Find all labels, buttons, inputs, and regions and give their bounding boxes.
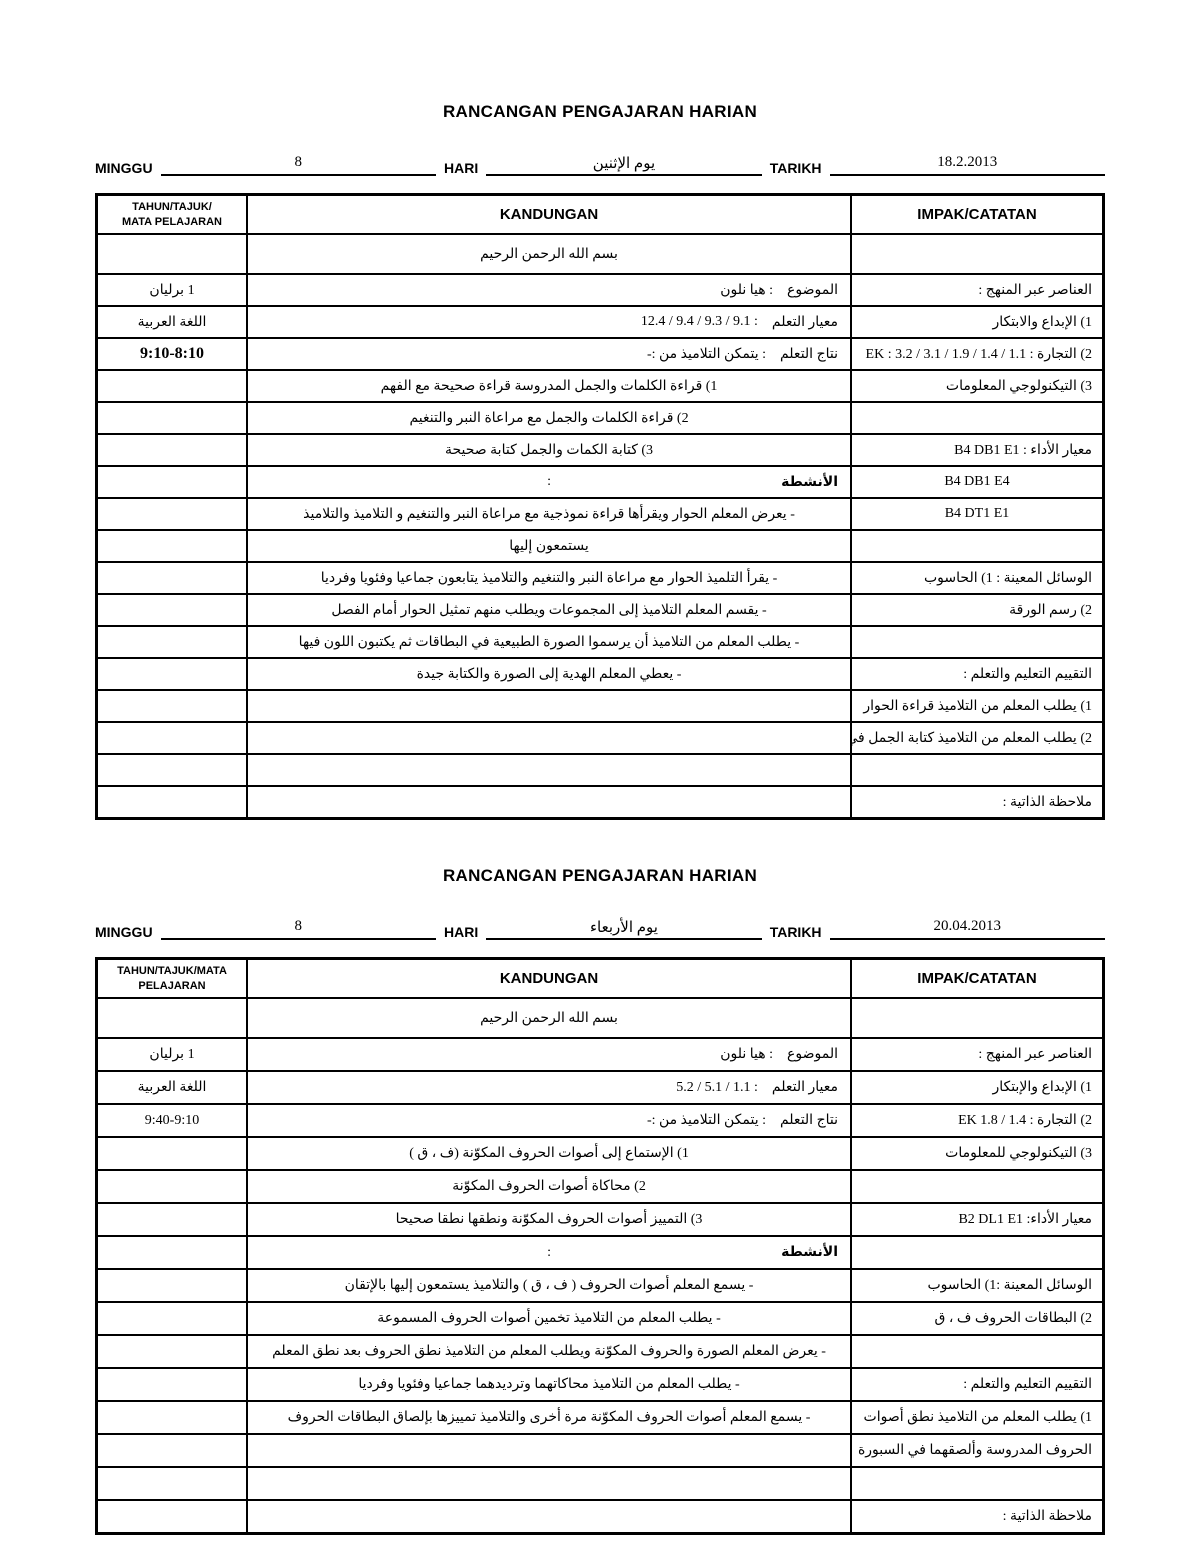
cell-tahun-tajuk [98,1303,246,1334]
table-row: 1 برليانالموضوع: هيا نلونالعناصر عبر الم… [98,275,1102,307]
activities-colon: : [547,474,551,490]
cell-kandungan: معيار التعلم: 1.1 / 5.1 / 5.2 [246,1072,852,1103]
cell-impak-catatan: 2) التجارة : 1.4 / 1.8 EK [852,1105,1102,1136]
cell-kandungan: نتاج التعلم: يتمكن التلاميذ من :- [246,1105,852,1136]
cell-tahun-tajuk [98,999,246,1037]
table-row: - يعرض المعلم الحوار ويقرأها قراءة نموذج… [98,499,1102,531]
cell-tahun-tajuk [98,499,246,529]
cell-impak-catatan: التقييم التعليم والتعلم : [852,659,1102,689]
table-row: 3) كتابة الكمات والجمل كتابة صحيحةمعيار … [98,435,1102,467]
row-value: : يتمكن التلاميذ من :- [647,1112,766,1129]
cell-impak-catatan: العناصر عبر المنهج : [852,1039,1102,1070]
table-row [98,755,1102,787]
cell-tahun-tajuk [98,531,246,561]
lesson-table-1: TAHUN/TAJUK/ MATA PELAJARAN KANDUNGAN IM… [95,193,1105,820]
table-row: - يسمع المعلم أصوات الحروف المكوّنة مرة … [98,1402,1102,1435]
cell-impak-catatan: 1) الإبداع والإبتكار [852,1072,1102,1103]
row-label: الموضوع [787,1046,838,1063]
table-row: بسم الله الرحمن الرحيم [98,235,1102,275]
header-kandungan: KANDUNGAN [246,196,852,233]
cell-kandungan: - يعرض المعلم الصورة والحروف المكوّنة وي… [246,1336,852,1367]
document-title-1: RANCANGAN PENGAJARAN HARIAN [95,0,1105,122]
table-row: - يعطي المعلم الهدية إلى الصورة والكتابة… [98,659,1102,691]
tarikh-value: 20.04.2013 [934,918,1002,934]
table-row: ملاحظة الذاتية : [98,787,1102,817]
table-row: - يسمع المعلم أصوات الحروف ( ف ، ق ) وال… [98,1270,1102,1303]
cell-impak-catatan: 2) يطلب المعلم من التلاميذ كتابة الجمل ف… [852,723,1102,753]
hari-label: HARI [444,160,478,176]
cell-tahun-tajuk: اللغة العربية [98,307,246,337]
cell-kandungan: 2) محاكاة أصوات الحروف المكوّنة [246,1171,852,1202]
cell-impak-catatan [852,999,1102,1037]
cell-kandungan: - يطلب المعلم من التلاميذ تخمين أصوات ال… [246,1303,852,1334]
cell-kandungan: الموضوع: هيا نلون [246,1039,852,1070]
cell-impak-catatan: الوسائل المعينة :1) الحاسوب [852,1270,1102,1301]
cell-kandungan: - يقسم المعلم التلاميذ إلى المجموعات ويط… [246,595,852,625]
cell-impak-catatan: ملاحظة الذاتية : [852,1501,1102,1532]
header-kandungan: KANDUNGAN [246,960,852,997]
row-label: نتاج التعلم [780,346,838,363]
cell-kandungan: بسم الله الرحمن الرحيم [246,235,852,273]
tarikh-value-line: 18.2.2013 [830,154,1105,176]
document-title-2: RANCANGAN PENGAJARAN HARIAN [95,820,1105,886]
cell-impak-catatan [852,235,1102,273]
cell-kandungan: 1) الإستماع إلى أصوات الحروف المكوّنة (ف… [246,1138,852,1169]
cell-impak-catatan: الحروف المدروسة وألصقهما في السبورة [852,1435,1102,1466]
cell-impak-catatan: 1) الإبداع والابتكار [852,307,1102,337]
table-row: الحروف المدروسة وألصقهما في السبورة [98,1435,1102,1468]
cell-impak-catatan: التقييم التعليم والتعلم : [852,1369,1102,1400]
scanned-lesson-plan-page: RANCANGAN PENGAJARAN HARIAN MINGGU 8 HAR… [0,0,1200,1553]
cell-tahun-tajuk [98,403,246,433]
cell-kandungan: 2) قراءة الكلمات والجمل مع مراعاة النبر … [246,403,852,433]
cell-impak-catatan [852,1237,1102,1268]
cell-kandungan: معيار التعلم: 9.1 / 9.3 / 9.4 / 12.4 [246,307,852,337]
cell-impak-catatan [852,755,1102,785]
cell-kandungan: 3) التمييز أصوات الحروف المكوّنة ونطقها … [246,1204,852,1235]
table-row: - يعرض المعلم الصورة والحروف المكوّنة وي… [98,1336,1102,1369]
cell-tahun-tajuk [98,691,246,721]
cell-tahun-tajuk [98,1468,246,1499]
table-row: 3) التمييز أصوات الحروف المكوّنة ونطقها … [98,1204,1102,1237]
cell-tahun-tajuk [98,563,246,593]
cell-impak-catatan: 1) يطلب المعلم من التلاميذ نطق أصوات [852,1402,1102,1433]
cell-tahun-tajuk: 9:40-9:10 [98,1105,246,1136]
activities-label: الأنشطة [781,474,838,491]
row-label: نتاج التعلم [780,1112,838,1129]
table-row: 2) محاكاة أصوات الحروف المكوّنة [98,1171,1102,1204]
table-body-2: بسم الله الرحمن الرحيم1 برليانالموضوع: ه… [98,999,1102,1532]
cell-impak-catatan [852,1336,1102,1367]
lesson-plan-2: RANCANGAN PENGAJARAN HARIAN MINGGU 8 HAR… [95,820,1105,1535]
minggu-label: MINGGU [95,160,153,176]
cell-kandungan [246,1468,852,1499]
header-impak: IMPAK/CATATAN [852,196,1102,233]
table-row: 9:10-8:10نتاج التعلم: يتمكن التلاميذ من … [98,339,1102,371]
cell-tahun-tajuk [98,1435,246,1466]
cell-impak-catatan: معيار الأداء : B4 DB1 E1 [852,435,1102,465]
cell-tahun-tajuk [98,235,246,273]
cell-kandungan [246,723,852,753]
table-row: ملاحظة الذاتية : [98,1501,1102,1532]
cell-tahun-tajuk [98,435,246,465]
cell-impak-catatan: 2) التجارة : 1.1 / 1.4 / 1.9 / 3.1 / 3.2… [852,339,1102,369]
cell-impak-catatan [852,531,1102,561]
cell-tahun-tajuk [98,1369,246,1400]
table-row: اللغة العربيةمعيار التعلم: 9.1 / 9.3 / 9… [98,307,1102,339]
cell-tahun-tajuk: 9:10-8:10 [98,339,246,369]
cell-tahun-tajuk: اللغة العربية [98,1072,246,1103]
table-row: - يقسم المعلم التلاميذ إلى المجموعات ويط… [98,595,1102,627]
cell-tahun-tajuk [98,595,246,625]
row-label: الموضوع [787,282,838,299]
row-label: معيار التعلم [772,314,838,331]
cell-tahun-tajuk [98,1138,246,1169]
cell-tahun-tajuk [98,1171,246,1202]
cell-kandungan: الموضوع: هيا نلون [246,275,852,305]
hari-value-line: يوم الأربعاء [486,918,761,940]
table-row: - يطلب المعلم من التلاميذ أن يرسموا الصو… [98,627,1102,659]
table-row: 2) يطلب المعلم من التلاميذ كتابة الجمل ف… [98,723,1102,755]
cell-tahun-tajuk [98,659,246,689]
cell-tahun-tajuk: 1 برليان [98,275,246,305]
tarikh-label: TARIKH [770,924,822,940]
activities-label: الأنشطة [781,1244,838,1261]
row-value: : هيا نلون [720,282,773,299]
table-row: 9:40-9:10نتاج التعلم: يتمكن التلاميذ من … [98,1105,1102,1138]
table-row: الأنشطة: [98,1237,1102,1270]
table-body-1: بسم الله الرحمن الرحيم1 برليانالموضوع: ه… [98,235,1102,817]
row-value: : 9.1 / 9.3 / 9.4 / 12.4 [641,314,758,330]
header-tahun-tajuk: TAHUN/TAJUK/ MATA PELAJARAN [98,196,246,233]
tarikh-value: 18.2.2013 [937,154,997,170]
row-value: : يتمكن التلاميذ من :- [647,346,766,363]
minggu-label: MINGGU [95,924,153,940]
lesson-table-2: TAHUN/TAJUK/MATA PELAJARAN KANDUNGAN IMP… [95,957,1105,1535]
cell-tahun-tajuk [98,1336,246,1367]
lesson-plan-1: RANCANGAN PENGAJARAN HARIAN MINGGU 8 HAR… [95,0,1105,820]
cell-kandungan: الأنشطة: [246,1237,852,1268]
row-label: معيار التعلم [772,1079,838,1096]
cell-kandungan: بسم الله الرحمن الرحيم [246,999,852,1037]
table-row: يستمعون إليها [98,531,1102,563]
cell-tahun-tajuk [98,1237,246,1268]
hari-value-line: يوم الإثنين [486,154,761,176]
table-row: الأنشطة:B4 DB1 E4 [98,467,1102,499]
tarikh-value-line: 20.04.2013 [830,918,1105,940]
header-tahun-line2: MATA PELAJARAN [122,215,222,229]
table-row: 1 برليانالموضوع: هيا نلونالعناصر عبر الم… [98,1039,1102,1072]
cell-kandungan [246,1435,852,1466]
cell-kandungan: - يطلب المعلم من التلاميذ محاكاتهما وترد… [246,1369,852,1400]
cell-tahun-tajuk: 1 برليان [98,1039,246,1070]
cell-impak-catatan [852,1171,1102,1202]
cell-impak-catatan: ملاحظة الذاتية : [852,787,1102,817]
minggu-value-line: 8 [161,918,436,940]
cell-kandungan: - يطلب المعلم من التلاميذ أن يرسموا الصو… [246,627,852,657]
row-value: : هيا نلون [720,1046,773,1063]
row-value: : 1.1 / 5.1 / 5.2 [676,1080,758,1096]
table-row: 1) يطلب المعلم من التلاميذ قراءة الحوار [98,691,1102,723]
table-header-row: TAHUN/TAJUK/MATA PELAJARAN KANDUNGAN IMP… [98,960,1102,999]
cell-kandungan: نتاج التعلم: يتمكن التلاميذ من :- [246,339,852,369]
header-tahun-line2: PELAJARAN [138,979,205,993]
cell-tahun-tajuk [98,1270,246,1301]
header-fields-2: MINGGU 8 HARI يوم الأربعاء TARIKH 20.04.… [95,918,1105,940]
cell-kandungan [246,755,852,785]
table-header-row: TAHUN/TAJUK/ MATA PELAJARAN KANDUNGAN IM… [98,196,1102,235]
cell-impak-catatan: 1) يطلب المعلم من التلاميذ قراءة الحوار [852,691,1102,721]
cell-impak-catatan: B4 DB1 E4 [852,467,1102,497]
table-row: بسم الله الرحمن الرحيم [98,999,1102,1039]
table-row: 1) قراءة الكلمات والجمل المدروسة قراءة ص… [98,371,1102,403]
cell-impak-catatan [852,1468,1102,1499]
cell-kandungan [246,1501,852,1532]
cell-tahun-tajuk [98,371,246,401]
header-fields-1: MINGGU 8 HARI يوم الإثنين TARIKH 18.2.20… [95,154,1105,176]
cell-impak-catatan: 2) رسم الورقة [852,595,1102,625]
cell-impak-catatan: B4 DT1 E1 [852,499,1102,529]
cell-kandungan: - يعطي المعلم الهدية إلى الصورة والكتابة… [246,659,852,689]
cell-tahun-tajuk [98,1402,246,1433]
cell-tahun-tajuk [98,627,246,657]
cell-tahun-tajuk [98,467,246,497]
cell-impak-catatan [852,403,1102,433]
table-row: - يطلب المعلم من التلاميذ تخمين أصوات ال… [98,1303,1102,1336]
table-row: 2) قراءة الكلمات والجمل مع مراعاة النبر … [98,403,1102,435]
cell-kandungan: 3) كتابة الكمات والجمل كتابة صحيحة [246,435,852,465]
cell-kandungan: - يقرأ التلميذ الحوار مع مراعاة النبر وا… [246,563,852,593]
header-tahun-line1: TAHUN/TAJUK/MATA [117,964,227,978]
tarikh-label: TARIKH [770,160,822,176]
cell-kandungan [246,787,852,817]
cell-kandungan: 1) قراءة الكلمات والجمل المدروسة قراءة ص… [246,371,852,401]
table-row: اللغة العربيةمعيار التعلم: 1.1 / 5.1 / 5… [98,1072,1102,1105]
cell-kandungan: - يسمع المعلم أصوات الحروف المكوّنة مرة … [246,1402,852,1433]
cell-kandungan: - يسمع المعلم أصوات الحروف ( ف ، ق ) وال… [246,1270,852,1301]
cell-impak-catatan: 2) البطاقات الحروف ف ، ق [852,1303,1102,1334]
cell-impak-catatan [852,627,1102,657]
header-tahun-line1: TAHUN/TAJUK/ [132,200,212,214]
cell-tahun-tajuk [98,723,246,753]
minggu-value-line: 8 [161,154,436,176]
hari-label: HARI [444,924,478,940]
cell-impak-catatan: الوسائل المعينة : 1) الحاسوب [852,563,1102,593]
cell-tahun-tajuk [98,755,246,785]
cell-impak-catatan: 3) التيكنولوجي المعلومات [852,371,1102,401]
cell-kandungan: الأنشطة: [246,467,852,497]
cell-tahun-tajuk [98,787,246,817]
table-row [98,1468,1102,1501]
table-row: - يقرأ التلميذ الحوار مع مراعاة النبر وا… [98,563,1102,595]
header-impak: IMPAK/CATATAN [852,960,1102,997]
hari-value: يوم الإثنين [593,156,655,172]
activities-colon: : [547,1245,551,1261]
cell-impak-catatan: العناصر عبر المنهج : [852,275,1102,305]
header-tahun-tajuk: TAHUN/TAJUK/MATA PELAJARAN [98,960,246,997]
hari-value: يوم الأربعاء [590,920,658,936]
cell-kandungan: - يعرض المعلم الحوار ويقرأها قراءة نموذج… [246,499,852,529]
table-row: - يطلب المعلم من التلاميذ محاكاتهما وترد… [98,1369,1102,1402]
cell-tahun-tajuk [98,1204,246,1235]
cell-impak-catatan: معيار الأداء: B2 DL1 E1 [852,1204,1102,1235]
cell-impak-catatan: 3) التيكنولوجي للمعلومات [852,1138,1102,1169]
cell-kandungan [246,691,852,721]
minggu-value: 8 [295,154,303,170]
table-row: 1) الإستماع إلى أصوات الحروف المكوّنة (ف… [98,1138,1102,1171]
minggu-value: 8 [295,918,303,934]
cell-tahun-tajuk [98,1501,246,1532]
cell-kandungan: يستمعون إليها [246,531,852,561]
